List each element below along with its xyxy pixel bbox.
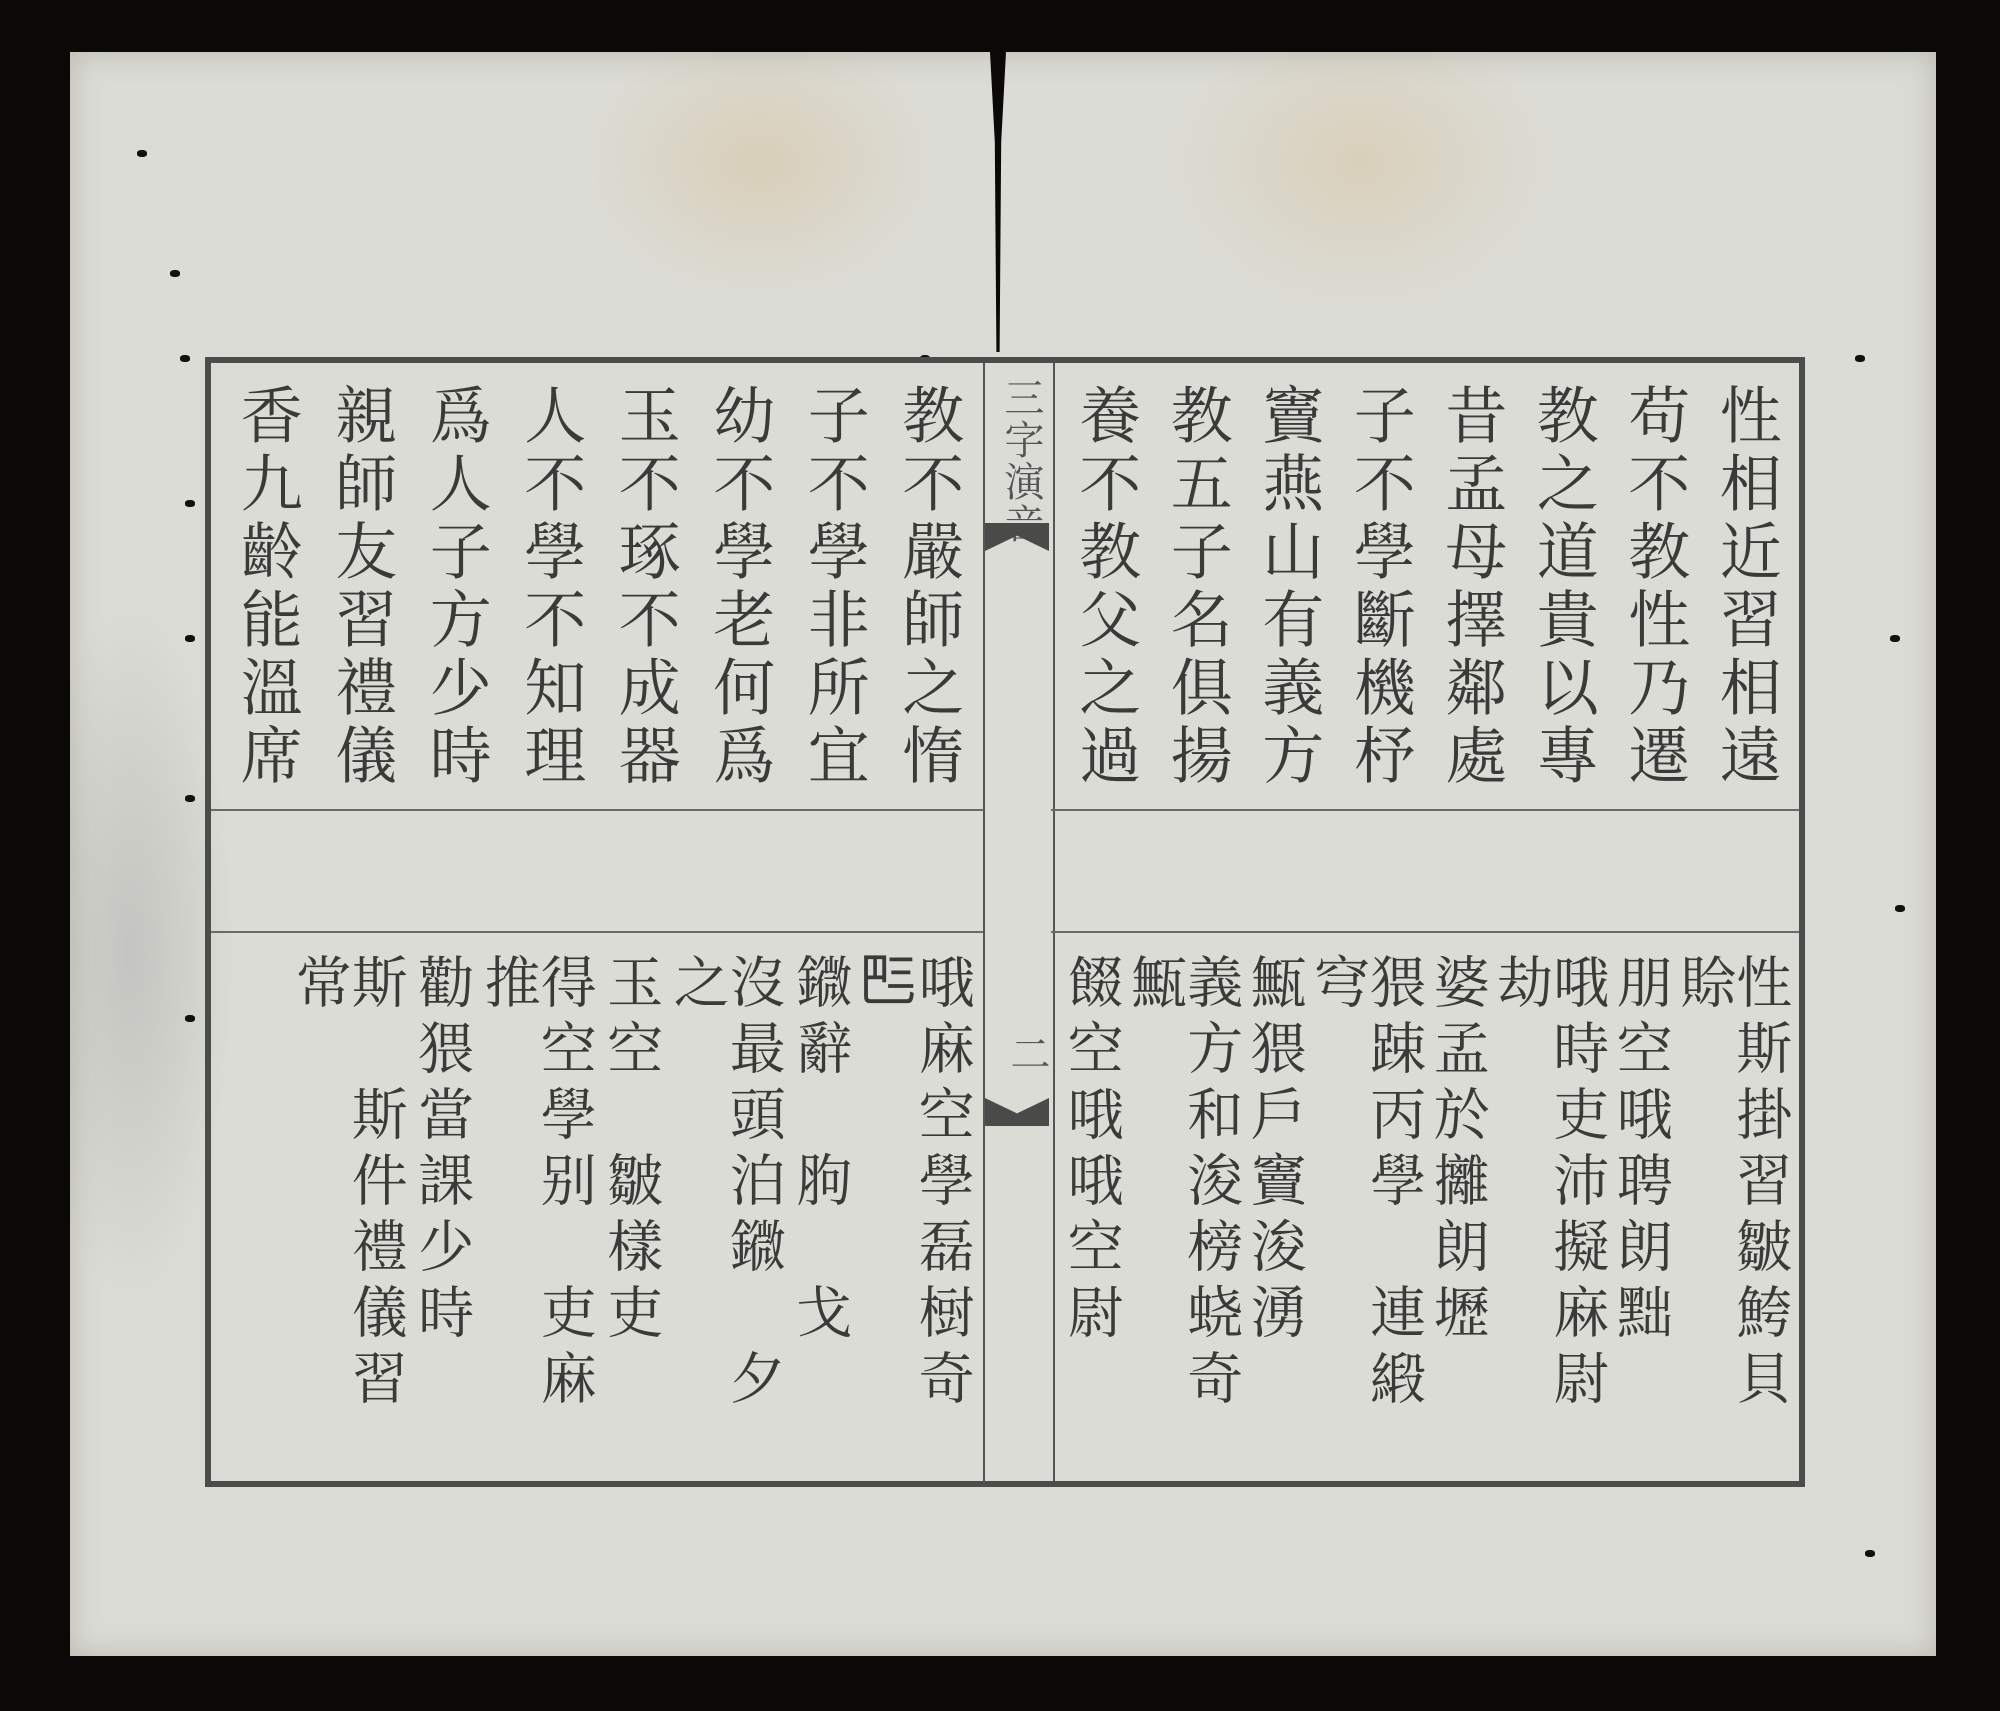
- wormhole: [1890, 635, 1900, 642]
- annotation-column: 性斯掛習皺鮬貝賒: [1675, 935, 1787, 1475]
- text-column: 教不嚴師之惰: [897, 369, 959, 809]
- annotation-column: 哦麻空學磊𣗳奇𠀧: [858, 935, 970, 1475]
- left-empty-band: [211, 811, 983, 933]
- text-column: 教五子名俱揚: [1165, 369, 1227, 809]
- page-number: 二: [999, 1033, 1056, 1073]
- wormhole: [1895, 905, 1905, 912]
- right-empty-band: [1051, 811, 1799, 933]
- text-column: 子不學非所宜: [802, 369, 864, 809]
- annotation-column: 餟空哦哦空尉: [1063, 935, 1119, 1475]
- text-column: 爲人子方少時: [424, 369, 486, 809]
- annotation-column: 𨖲𠡚䥩羅𩛷香: [224, 935, 280, 1475]
- text-column: 人不學不知理: [519, 369, 581, 809]
- annotation-column: 哦時吏沛擬麻尉劫: [1492, 935, 1604, 1475]
- annotation-column: 沒最頭泊䥩𧛇夕之: [669, 935, 781, 1475]
- text-column: 教之道貴以專: [1531, 369, 1593, 809]
- left-page: 教不嚴師之惰 子不學非所宜 幼不學老何爲 玉不琢不成器 人不學不知理 爲人子方少…: [211, 363, 983, 1481]
- text-column: 玉不琢不成器: [613, 369, 675, 809]
- annotation-column: 朋空哦聘朗黜: [1612, 935, 1668, 1475]
- annotation-column: 婆孟於攡朗壢: [1429, 935, 1485, 1475]
- wormhole: [185, 795, 195, 802]
- annotation-column: 䥩辭𦖑胊𦇒戈: [791, 935, 847, 1475]
- annotation-column: 勸猥當課少時: [413, 935, 469, 1475]
- text-column: 竇燕山有義方: [1257, 369, 1319, 809]
- annotation-column: 得空學别𨬺吏麻推: [480, 935, 592, 1475]
- lower-fishtail-mark-icon: [985, 1098, 1049, 1126]
- right-page: 性相近習相遠 苟不教性乃遷 教之道貴以專 昔孟母擇鄰處 子不學斷機杼 竇燕山有義…: [1051, 363, 1799, 1481]
- wormhole: [185, 500, 195, 507]
- wormhole: [170, 270, 180, 277]
- wormhole: [185, 1015, 195, 1022]
- text-column: 苟不教性乃遷: [1623, 369, 1685, 809]
- annotation-column: 玉空𥪝皺樣吏: [602, 935, 658, 1475]
- wormhole: [185, 635, 195, 642]
- text-column: 親師友習禮儀: [330, 369, 392, 809]
- wormhole: [1865, 1550, 1875, 1557]
- right-upper-text-block: 性相近習相遠 苟不教性乃遷 教之道貴以專 昔孟母擇鄰處 子不學斷機杼 竇燕山有義…: [1051, 369, 1799, 811]
- annotation-column: 義方和浚榜蛲奇甒: [1126, 935, 1238, 1475]
- text-column: 幼不學老何爲: [708, 369, 770, 809]
- wormhole: [1855, 355, 1865, 362]
- center-fold-column: 三字演音 二: [983, 363, 1055, 1481]
- annotation-column: 甒猥戶竇浚湧: [1246, 935, 1302, 1475]
- left-upper-text-block: 教不嚴師之惰 子不學非所宜 幼不學老何爲 玉不琢不成器 人不學不知理 爲人子方少…: [211, 369, 983, 811]
- wormhole: [180, 355, 190, 362]
- text-column: 昔孟母擇鄰處: [1440, 369, 1502, 809]
- text-column: 子不學斷機杼: [1348, 369, 1410, 809]
- annotation-column: 猥踈丙學𠚢連緞穹: [1309, 935, 1421, 1475]
- text-column: 性相近習相遠: [1714, 369, 1776, 809]
- text-column: 香九齡能溫席: [235, 369, 297, 809]
- left-lower-annotation-block: 哦麻空學磊𣗳奇𠀧 䥩辭𦖑胊𦇒戈 沒最頭泊䥩𧛇夕之 玉空𥪝皺樣吏 得空學别𨬺吏麻推…: [211, 935, 983, 1475]
- wormhole: [137, 150, 147, 157]
- right-lower-annotation-block: 性斯掛習皺鮬貝賒 朋空哦聘朗黜 哦時吏沛擬麻尉劫 婆孟於攡朗壢 猥踈丙學𠚢連緞穹…: [1051, 935, 1799, 1475]
- book-title: 三字演音: [993, 377, 1050, 545]
- text-column: 養不教父之過: [1074, 369, 1136, 809]
- annotation-column: 斯𤽗斯件禮儀習常: [291, 935, 403, 1475]
- printed-border-frame: 教不嚴師之惰 子不學非所宜 幼不學老何爲 玉不琢不成器 人不學不知理 爲人子方少…: [205, 357, 1805, 1487]
